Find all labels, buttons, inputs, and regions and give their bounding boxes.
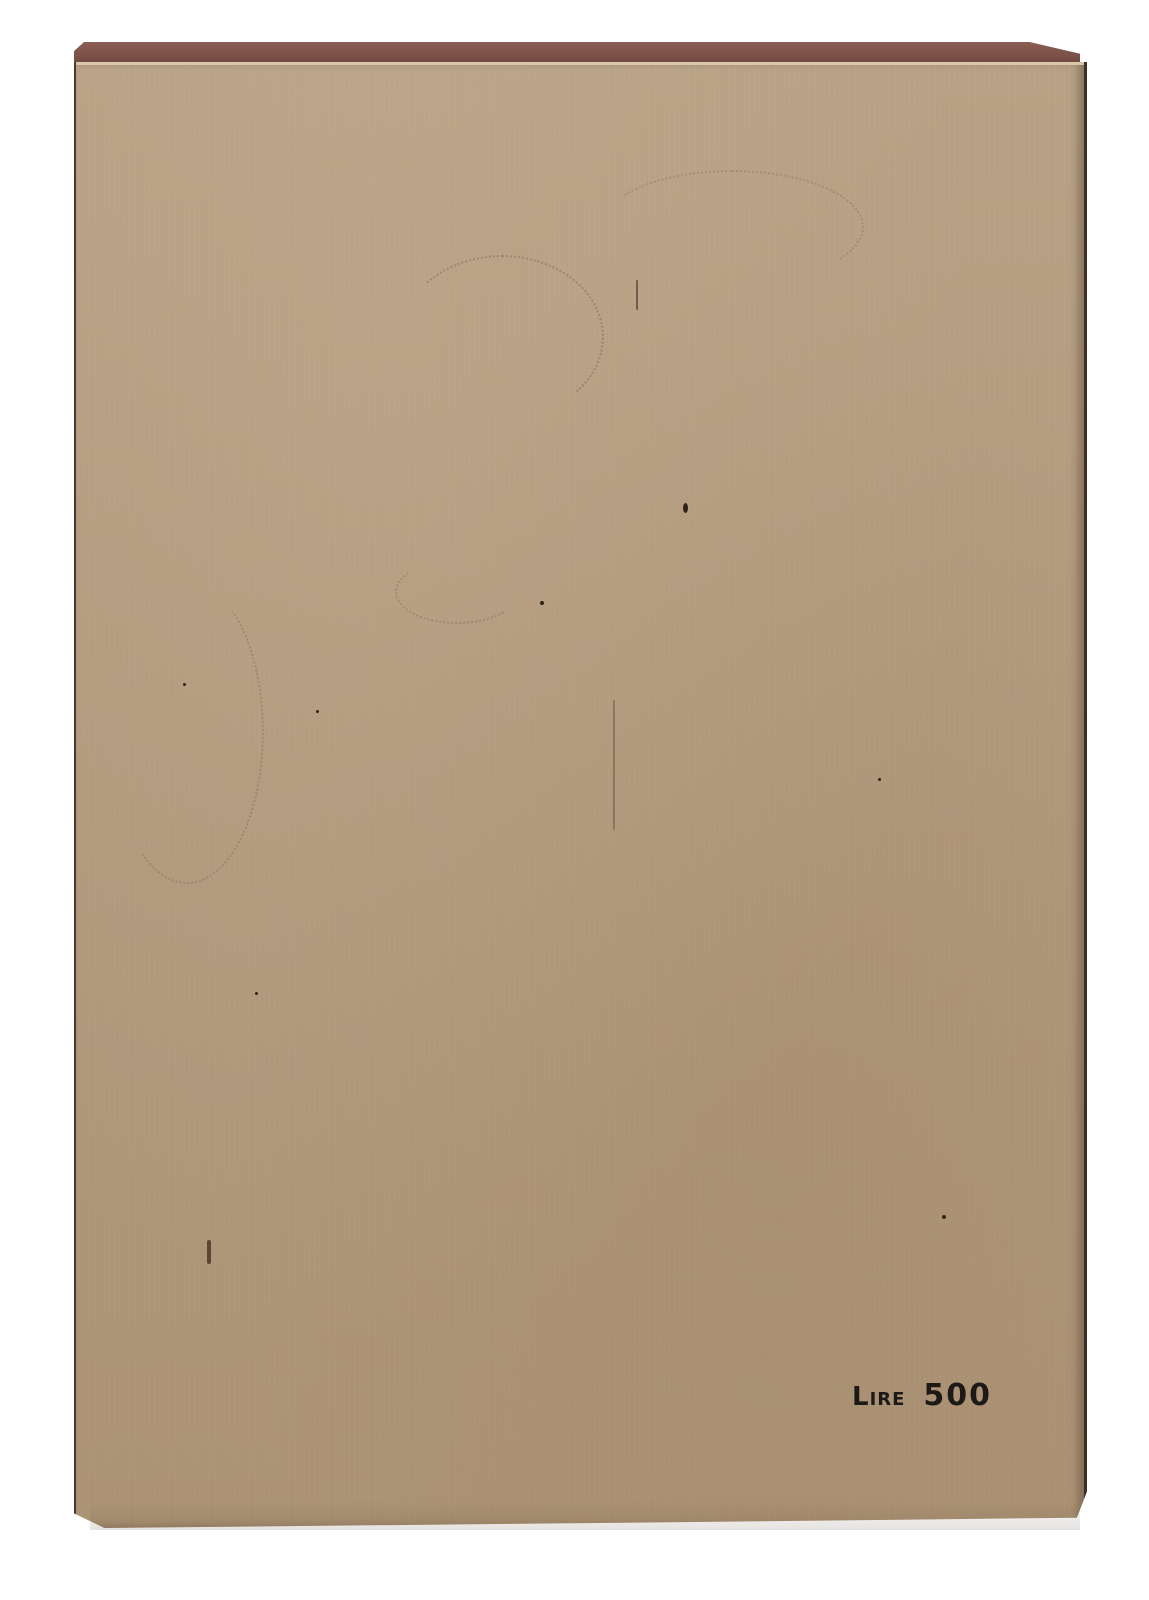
price-amount: 500 xyxy=(923,1378,992,1413)
price-label: Lire500 xyxy=(852,1381,992,1411)
price-currency: Lire xyxy=(852,1382,905,1412)
scan-scene: Lire500 xyxy=(0,0,1149,1600)
book-back-cover xyxy=(74,62,1087,1528)
